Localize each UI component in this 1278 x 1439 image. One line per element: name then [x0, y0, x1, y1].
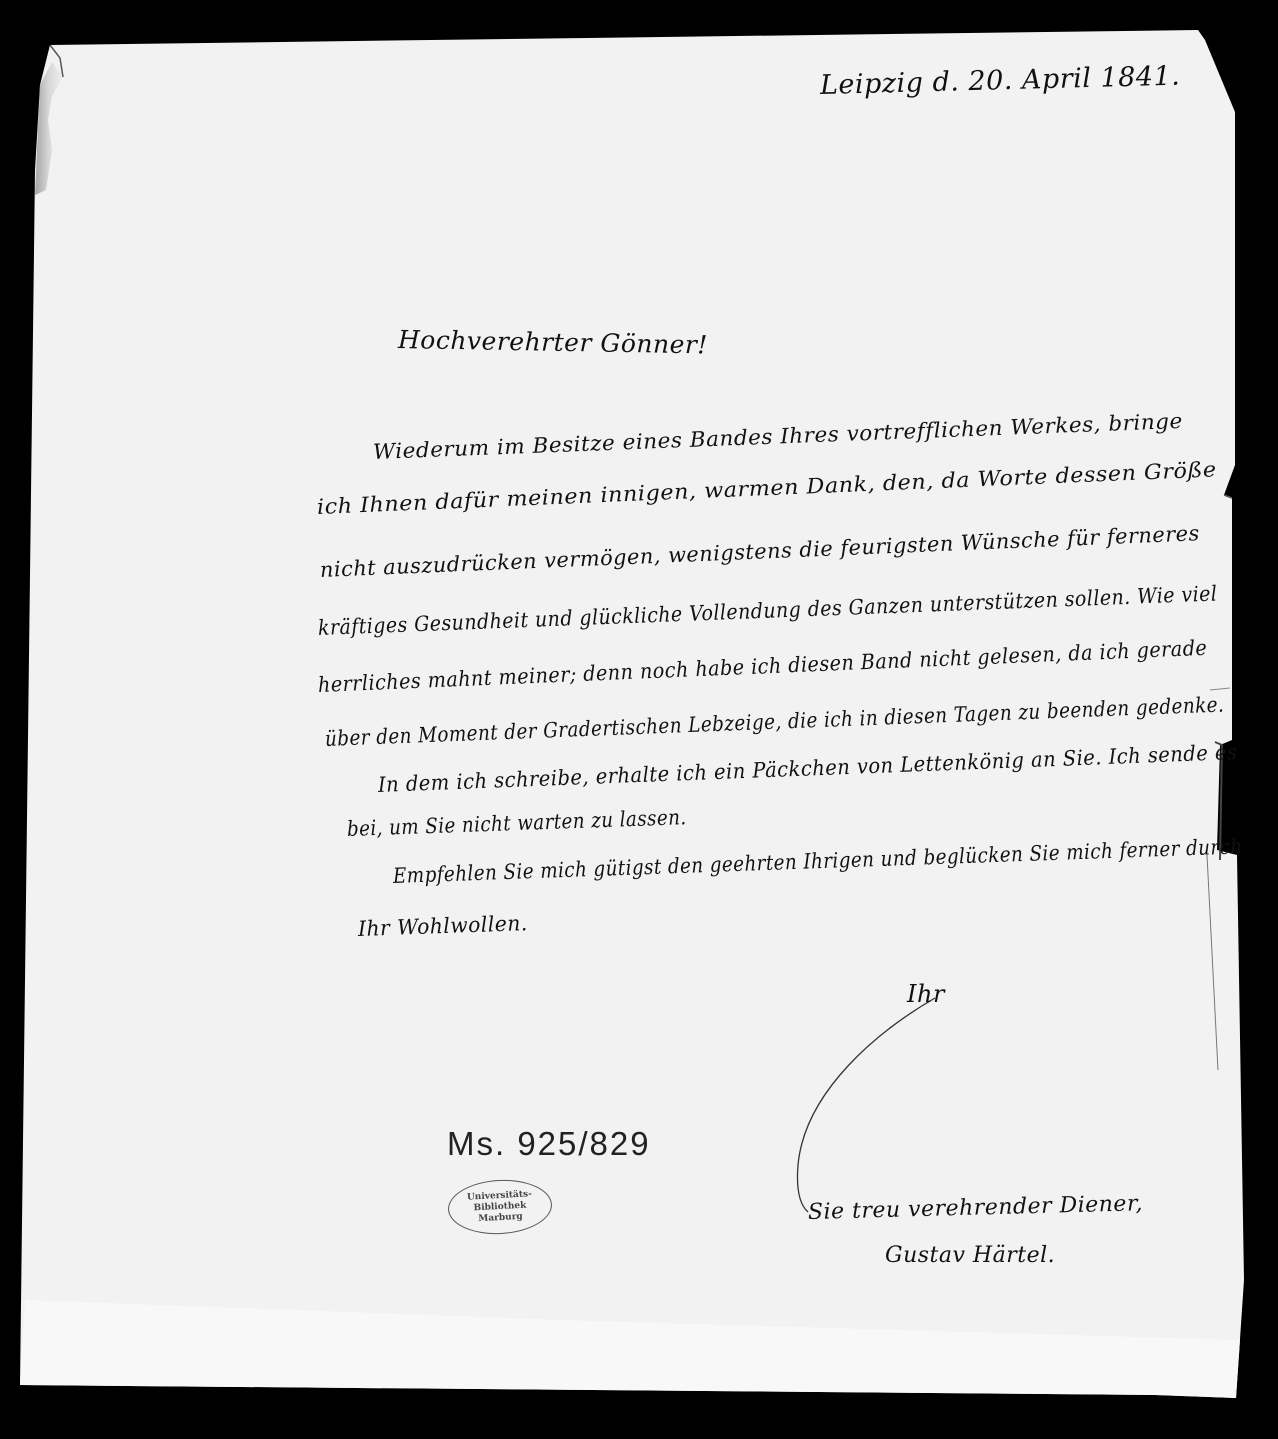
letter-salutation: Hochverehrter Gönner! — [398, 325, 708, 359]
closing-ihr: Ihr — [907, 980, 945, 1008]
stamp-line: Marburg — [478, 1211, 523, 1224]
signature-name: Gustav Härtel. — [885, 1243, 1055, 1268]
shelfmark: Ms. 925/829 — [447, 1125, 651, 1163]
document-scan: Leipzig d. 20. April 1841. Hochverehrter… — [0, 0, 1278, 1439]
